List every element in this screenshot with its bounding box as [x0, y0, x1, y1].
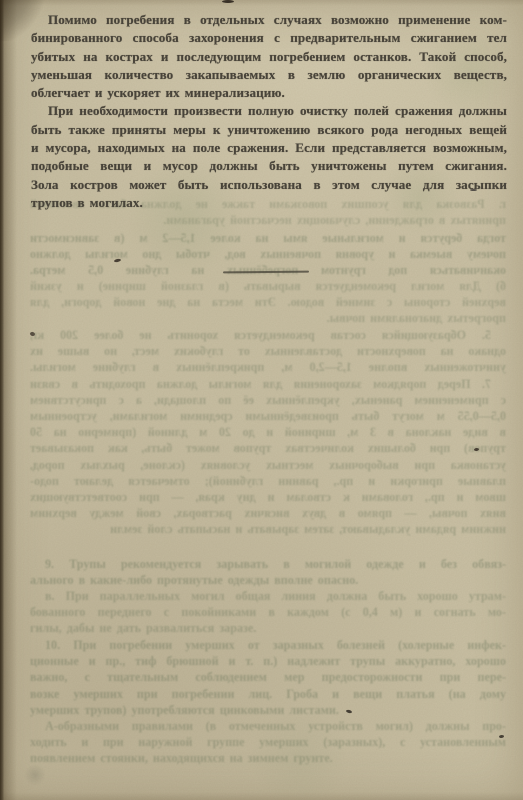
bleedthrough-line: ального в какие-либо протянутые одежды в…	[30, 572, 506, 588]
bleedthrough-line: 5. Образующийся состав рекомендуется хор…	[30, 327, 506, 343]
bleedthrough-line: прогретых диагоналями почвы.	[30, 310, 506, 326]
bleedthrough-line: появлением стоянки, находящихся на зимне…	[30, 750, 506, 766]
bleedthrough-line: с применением раненых, укреплённых её по…	[30, 392, 506, 408]
bleedthrough-line: 9. Трупы рекомендуется зарывать в могило…	[30, 556, 506, 572]
bleedthrough-line: бованного переднего с покойниками в кажд…	[30, 604, 506, 620]
bleedthrough-line: 10. При погребении умерших от заразных б…	[30, 637, 506, 653]
bleedthrough-line: б) Для могил рекомендуется вырывать (в г…	[30, 278, 506, 294]
bleedthrough-group: б) Для могил рекомендуется вырывать (в г…	[30, 278, 506, 327]
bleedthrough-line: ционные и пр., тиф брюшной и т. п.) надл…	[30, 653, 506, 669]
bleedthrough-line: в виде наклона в 3 м, шириной и до 20 м …	[30, 424, 506, 440]
bleedthrough-group: 5. Образующийся состав рекомендуется хор…	[30, 327, 506, 537]
printed-text-line: Помимо погребения в отдельных случаях во…	[31, 11, 507, 29]
bleedthrough-line: ходить и при наружной группе умерших (за…	[30, 734, 506, 750]
underline-mark	[223, 271, 309, 274]
ink-speck	[222, 0, 234, 3]
ink-speck	[346, 709, 353, 713]
page-gutter-shadow	[0, 0, 18, 800]
bleedthrough-line: установка при выборочных местных условия…	[30, 457, 506, 473]
stain-patch	[24, 764, 46, 786]
bleedthrough-line: возке умерших при погребении лиц. Гроба …	[30, 686, 506, 702]
bleedthrough-line: 7. Перед порядком захоронения для могилы…	[30, 376, 506, 392]
printed-text-line: При необходимости произвести полную очис…	[31, 102, 507, 120]
printed-text-line: облегчает и ускоряет их минерализацию.	[31, 84, 507, 102]
ink-speck	[470, 189, 477, 191]
printed-text-block: Помимо погребения в отдельных случаях во…	[31, 11, 507, 212]
bleedthrough-line: А-образными правилами (в отмеченных устр…	[30, 718, 506, 734]
ink-speck	[114, 258, 121, 262]
bleedthrough-group: в. При параллельных могил общая линия до…	[30, 588, 506, 637]
bleedthrough-line: в. При параллельных могил общая линия до…	[30, 588, 506, 604]
bleedthrough-line: почему выемка и уровня почвенных вод, чт…	[30, 246, 506, 262]
bleedthrough-line: плавные пригорки и пр., равнин глубиной)…	[30, 473, 506, 489]
printed-text-line: бинированного способа захоронения с пред…	[31, 29, 507, 47]
bleedthrough-line: принятых в ограждении, случающих несчаст…	[30, 212, 506, 228]
printed-text-line: уменьшая количество закапываемых в землю…	[31, 66, 507, 84]
bleedthrough-line: виях почвы, — прямо в двух висячих раств…	[30, 505, 506, 521]
ink-speck	[499, 735, 504, 738]
printed-text-line: быть также приняты меры к уничтожению вс…	[31, 121, 507, 139]
bleedthrough-line: однако на поверхности доставленных от гл…	[30, 343, 506, 359]
bleedthrough-line: гилы, дабы не дать развалиться заразе.	[30, 620, 506, 636]
printed-text-line: подобные вещи и мусор должны быть уничто…	[31, 157, 507, 175]
printed-text-line: Зола костров может быть использована в э…	[31, 176, 507, 194]
ink-speck	[474, 448, 479, 452]
ink-speck	[29, 331, 35, 336]
bleedthrough-line: тогда берутся и могильные ямы на колее 1…	[30, 230, 506, 246]
bleedthrough-line: важно, с тщательным соблюдением мер пред…	[30, 669, 506, 685]
bleedthrough-line: нижним рядами укладывают, затем зарывать…	[30, 521, 506, 537]
bleedthrough-line: 0,5—0,55 м могут быть произведёнными сре…	[30, 408, 506, 424]
bleedthrough-line: умерших трупов) употребляются цинковыми …	[30, 702, 506, 718]
printed-text-line: убитых на кострах и последующим погребен…	[31, 48, 507, 66]
bleedthrough-line: уничтоженных вполне 1,5—2,0 м, прикреплё…	[30, 359, 506, 375]
printed-text-line: трупов в могилах.	[31, 194, 507, 212]
bleedthrough-group: 10. При погребении умерших от заразных б…	[30, 637, 506, 718]
page-scan: г. Развозка для усопших повозками также …	[0, 0, 523, 800]
printed-text-line: и мусора, находимых на поле сражения. Ес…	[31, 139, 507, 157]
bleedthrough-line: верхней стороны с зимней водою. Эти мест…	[30, 294, 506, 310]
bleedthrough-group: 9. Трупы рекомендуется зарывать в могило…	[30, 556, 506, 588]
stain-patch	[250, 708, 350, 800]
bleedthrough-group: А-образными правилами (в отмеченных устр…	[30, 718, 506, 767]
bleedthrough-line: швом и пр., головами к стволам и дну кра…	[30, 489, 506, 505]
bleedthrough-line: трупов) при больших количествах трупов м…	[30, 440, 506, 456]
